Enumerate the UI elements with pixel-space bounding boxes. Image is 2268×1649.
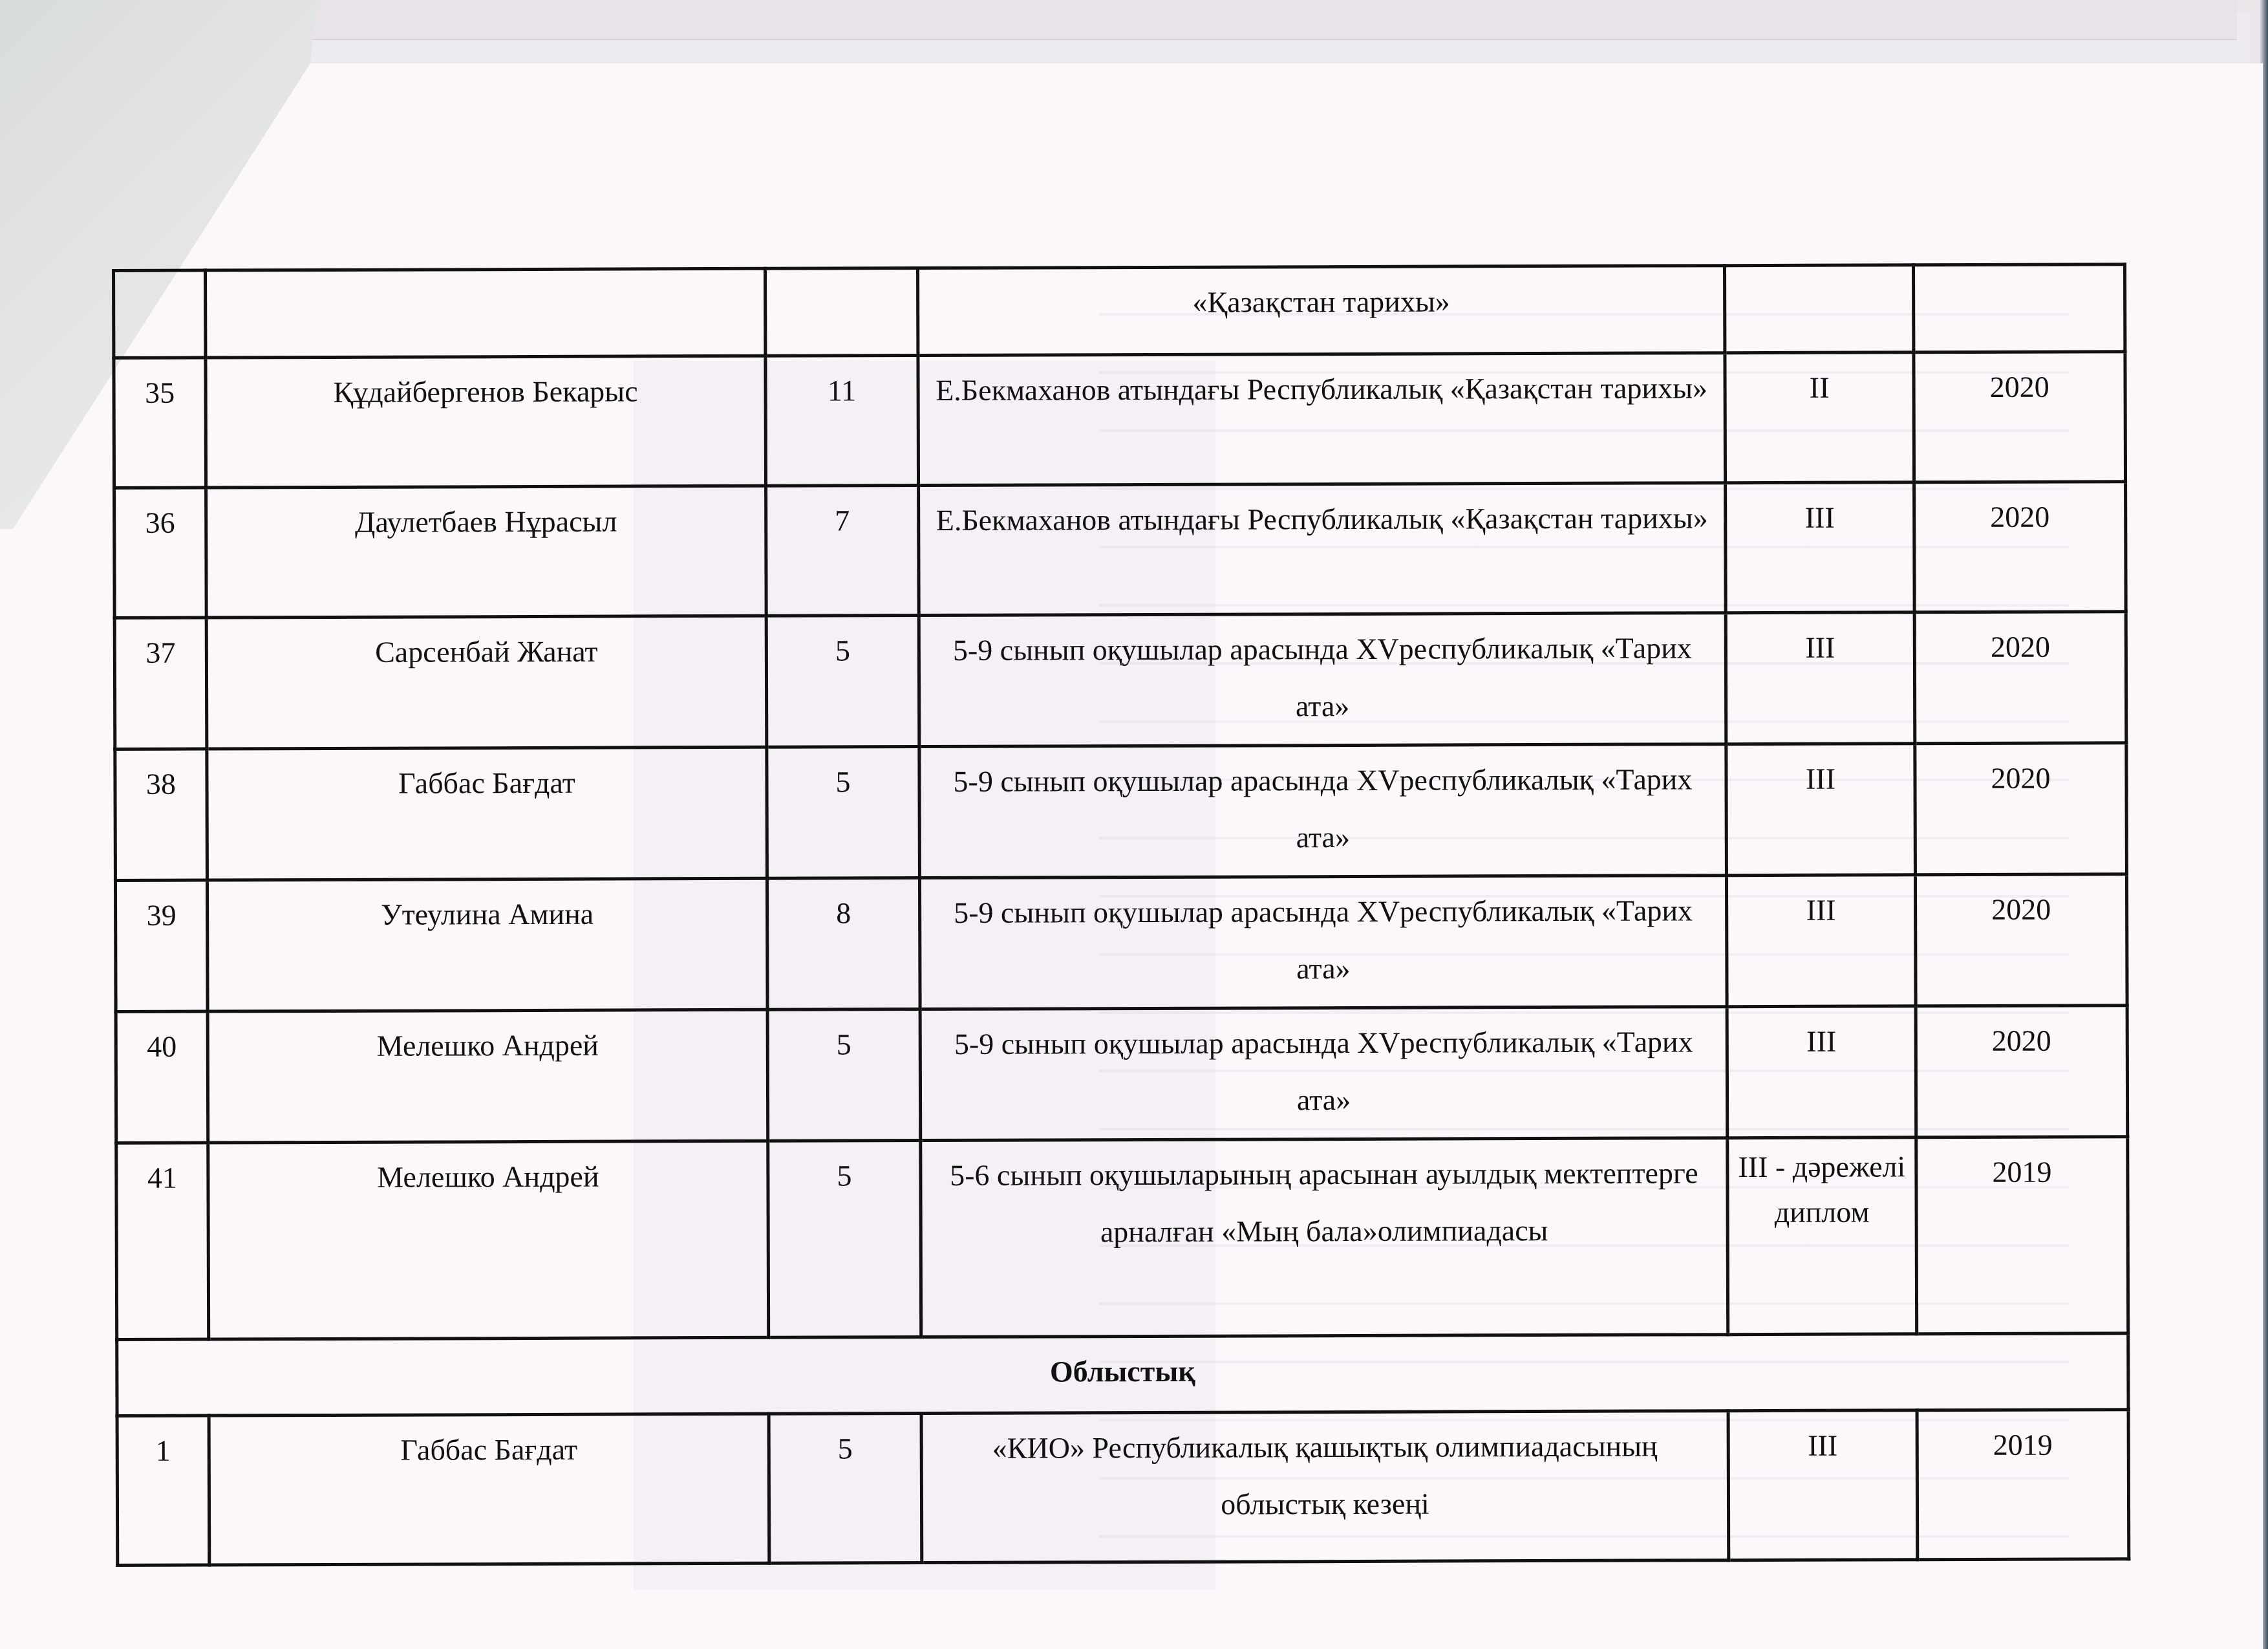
cell-event: 5-6 сынып оқушыларының арасынан ауылдық … <box>921 1138 1728 1337</box>
cell-num: 39 <box>115 880 208 1011</box>
table-row: 40 Мелешко Андрей 5 5-9 сынып оқушылар а… <box>116 1006 2128 1143</box>
cell-num: 36 <box>114 488 207 618</box>
achievements-table: «Қазақстан тарихы» 35 Құдайбергенов Бека… <box>112 263 2130 1567</box>
table-row-continued: «Қазақстан тарихы» <box>114 264 2125 358</box>
cell-event: «Қазақстан тарихы» <box>918 266 1725 356</box>
cell-grade: 8 <box>767 878 920 1010</box>
cell-num: 41 <box>116 1143 209 1339</box>
section-title: Облыстық <box>117 1333 2128 1416</box>
cell-event: «КИО» Республикалық қашықтық олимпиадасы… <box>921 1411 1729 1563</box>
section-header-row: Облыстық <box>117 1333 2128 1416</box>
back-sheet-top <box>310 0 2237 40</box>
cell-year: 2020 <box>1914 482 2126 612</box>
cell-year: 2020 <box>1914 352 2126 482</box>
cell-name: Құдайбергенов Бекарыс <box>206 356 766 488</box>
cell-name: Мелешко Андрей <box>208 1141 769 1339</box>
cell-event: 5-9 сынып оқушылар арасында XVреспублика… <box>919 744 1727 878</box>
cell-year: 2020 <box>1915 743 2127 875</box>
table-row: 1 Габбас Бағдат 5 «КИО» Республикалық қа… <box>117 1410 2129 1566</box>
table-row: 35 Құдайбергенов Бекарыс 11 Е.Бекмаханов… <box>114 352 2126 488</box>
cell-place: III <box>1727 1006 1916 1138</box>
cell-name: Габбас Бағдат <box>209 1414 769 1565</box>
cell-place: III <box>1726 612 1915 744</box>
table-row: 41 Мелешко Андрей 5 5-6 сынып оқушыларын… <box>116 1137 2128 1340</box>
cell-year: 2020 <box>1916 1006 2128 1137</box>
cell-event: Е.Бекмаханов атындағы Республикалық «Қаз… <box>919 483 1726 616</box>
table-row: 36 Даулетбаев Нұрасыл 7 Е.Бекмаханов аты… <box>114 482 2126 618</box>
cell-name: Утеулина Амина <box>207 878 767 1011</box>
cell-grade: 5 <box>767 1009 921 1141</box>
cell-grade: 5 <box>768 1141 921 1338</box>
cell-grade: 5 <box>769 1414 922 1564</box>
cell-num: 1 <box>117 1416 209 1565</box>
table-row: 39 Утеулина Амина 8 5-9 сынып оқушылар а… <box>115 874 2127 1012</box>
cell-num: 37 <box>114 618 207 749</box>
cell-name: Мелешко Андрей <box>208 1009 768 1143</box>
cell-name <box>206 268 765 358</box>
cell-grade <box>765 268 918 356</box>
cell-place: III <box>1726 744 1916 876</box>
table-row: 37 Сарсенбай Жанат 5 5-9 сынып оқушылар … <box>114 612 2126 749</box>
cell-year: 2019 <box>1917 1410 2129 1560</box>
cell-name: Даулетбаев Нұрасыл <box>206 486 767 618</box>
cell-place: III <box>1728 1410 1918 1560</box>
cell-place: II <box>1725 352 1914 483</box>
cell-num <box>114 270 206 358</box>
cell-name: Габбас Бағдат <box>207 747 767 880</box>
cell-place: III <box>1726 875 1916 1007</box>
cell-name: Сарсенбай Жанат <box>206 616 767 749</box>
cell-num: 35 <box>114 358 206 488</box>
cell-event: 5-9 сынып оқушылар арасында XVреспублика… <box>919 613 1726 747</box>
cell-grade: 5 <box>767 747 920 879</box>
table-row: 38 Габбас Бағдат 5 5-9 сынып оқушылар ар… <box>115 743 2127 881</box>
cell-event: 5-9 сынып оқушылар арасында XVреспублика… <box>919 876 1727 1009</box>
cell-place: III - дәрежелі диплом <box>1728 1137 1917 1335</box>
achievements-table-wrapper: «Қазақстан тарихы» 35 Құдайбергенов Бека… <box>112 263 2127 1567</box>
cell-grade: 5 <box>766 616 919 748</box>
cell-num: 40 <box>116 1011 208 1143</box>
cell-year: 2019 <box>1916 1137 2128 1334</box>
cell-event: Е.Бекмаханов атындағы Республикалық «Қаз… <box>918 353 1726 486</box>
cell-year: 2020 <box>1915 874 2127 1006</box>
cell-place: III <box>1726 482 1915 613</box>
cell-grade: 11 <box>765 356 919 486</box>
cell-num: 38 <box>115 749 208 880</box>
cell-place <box>1724 265 1913 353</box>
cell-year: 2020 <box>1914 612 2126 744</box>
cell-event: 5-9 сынып оқушылар арасында XVреспублика… <box>920 1007 1728 1141</box>
cell-year <box>1913 264 2124 352</box>
cell-grade: 7 <box>766 486 919 616</box>
